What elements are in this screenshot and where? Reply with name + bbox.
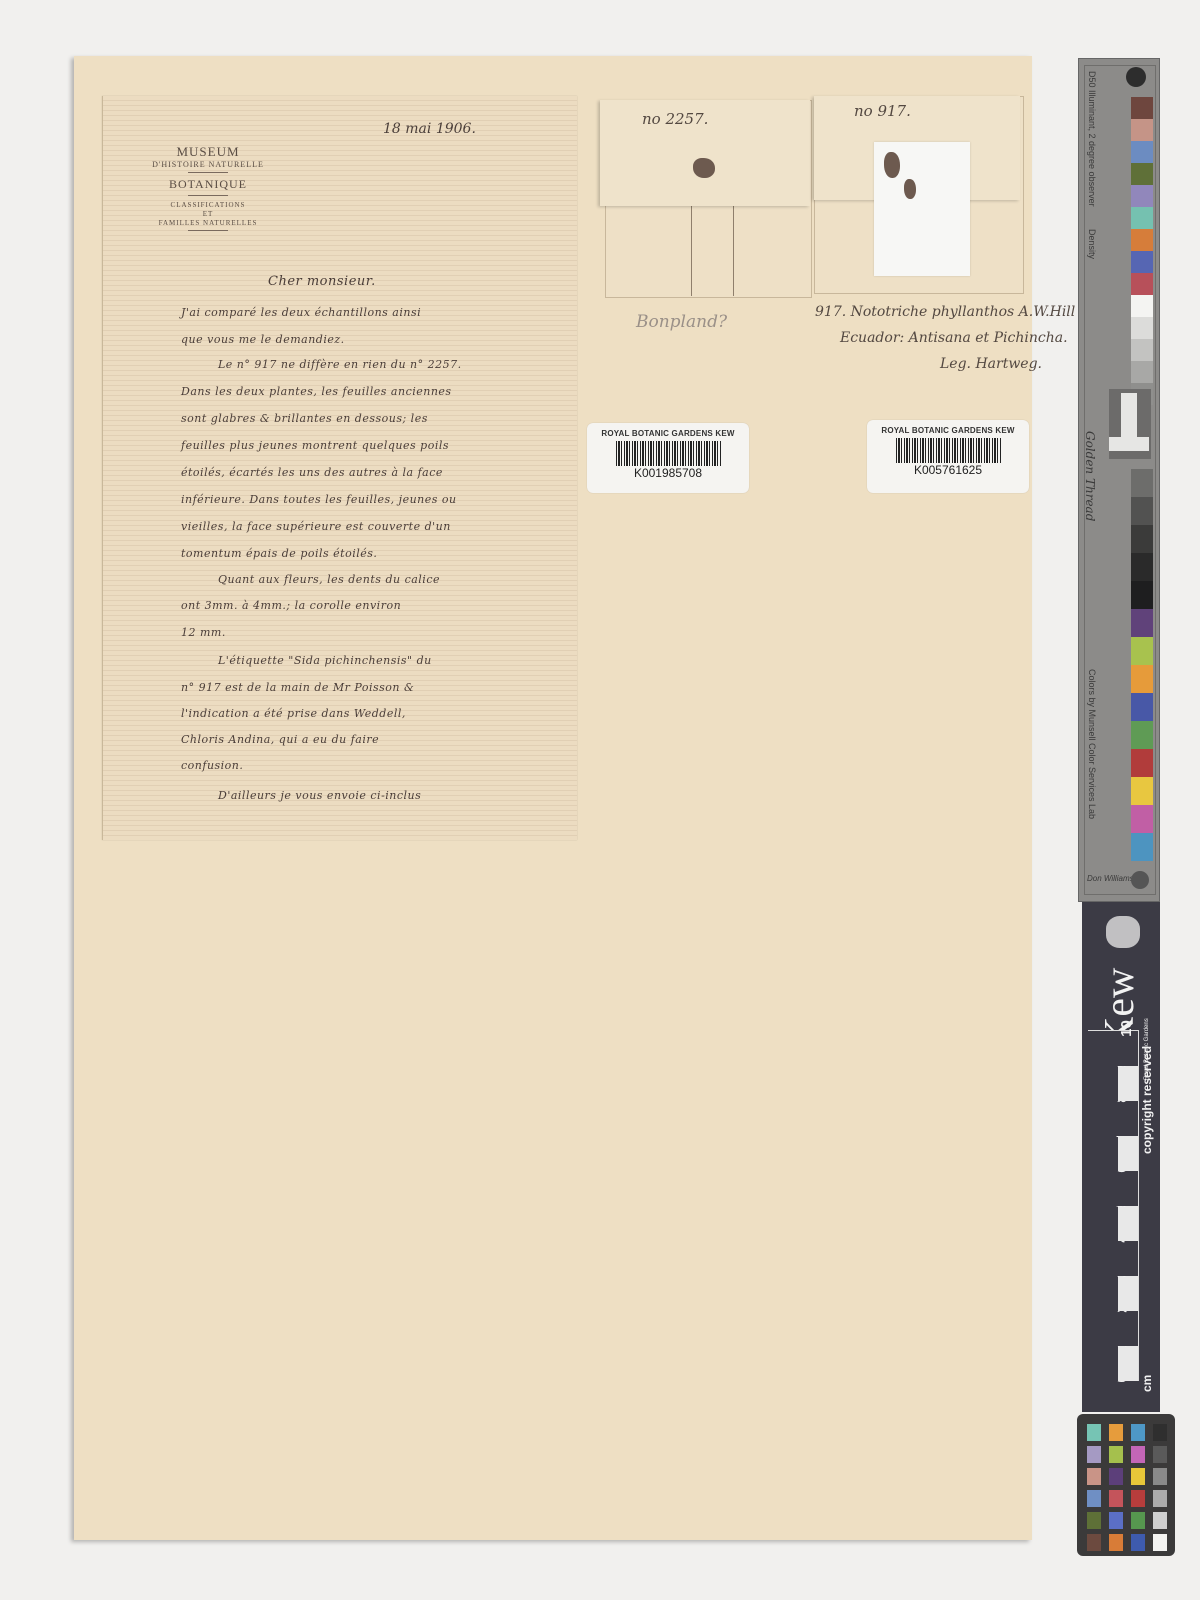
letter-line: étoilés, écartés les uns des autres à la… [181,466,443,479]
letter-line: L'étiquette "Sida pichinchensis" du [218,654,432,667]
royal-crest-icon [1106,916,1140,948]
color-chip [1153,1468,1167,1485]
color-chip [1109,1490,1123,1507]
color-chip [1109,1424,1123,1441]
color-swatch [1131,833,1153,861]
letter-line: ont 3mm. à 4mm.; la corolle environ [181,599,401,612]
letter-line: Dans les deux plantes, les feuilles anci… [181,385,452,398]
color-chip [1153,1534,1167,1551]
color-swatch [1131,665,1153,693]
plant-fragment [884,152,900,178]
letterhead-botanique: BOTANIQUE [141,177,275,192]
color-swatch [1131,97,1153,119]
letter-line: inférieure. Dans toutes les feuilles, je… [181,493,457,506]
color-chip [1131,1468,1145,1485]
packet-label-2257: no 2257. [642,110,708,128]
color-swatch [1131,141,1153,163]
letter-line: feuilles plus jeunes montrent quelques p… [181,439,449,452]
letter-line: Quant aux fleurs, les dents du calice [218,573,440,586]
cm-segment [1088,1240,1139,1276]
ruler-brand-text: Golden Thread [1083,431,1097,521]
letter-line: tomentum épais de poils étoilés. [181,547,377,560]
cm-segment [1088,1345,1139,1381]
color-swatch [1131,693,1153,721]
color-swatch [1131,609,1153,637]
plant-fragment [693,158,715,178]
letter-line: 12 mm. [181,626,226,639]
ruler-hole-icon [1131,871,1149,889]
letterhead: MUSEUM D'HISTOIRE NATURELLE BOTANIQUE CL… [141,144,275,234]
color-swatch [1131,273,1153,295]
cm-unit: cm [1140,1375,1154,1392]
barcode-id: K001985708 [587,466,749,480]
color-chip [1131,1534,1145,1551]
color-swatch [1131,805,1153,833]
letter-line: Le n° 917 ne diffère en rien du n° 2257. [218,358,462,371]
divider [188,172,228,173]
annotation-determination: 917. Nototriche phyllanthos A.W.Hill [815,304,1075,320]
color-swatch [1131,229,1153,251]
color-swatch [1131,251,1153,273]
color-swatch [1131,525,1153,553]
color-chip [1153,1490,1167,1507]
letter-line: sont glabres & brillantes en dessous; le… [181,412,428,425]
color-swatch [1131,721,1153,749]
letter-line: J'ai comparé les deux échantillons ainsi [181,306,421,319]
letter-line: vieilles, la face supérieure est couvert… [181,520,451,533]
color-chip [1131,1446,1145,1463]
color-reference-ruler: D50 Illuminant, 2 degree observer Densit… [1078,58,1160,902]
letter-line: que vous me le demandiez. [181,333,345,346]
color-swatch [1131,119,1153,141]
letter-line: Chloris Andina, qui a eu du faire [181,733,379,746]
cm-segment [1088,1100,1139,1136]
copyright-text: copyright reserved [1140,1046,1154,1154]
ruler-density-text: Density [1087,229,1097,259]
cm-segment [1088,1135,1139,1171]
letter: MUSEUM D'HISTOIRE NATURELLE BOTANIQUE CL… [102,96,577,840]
annotation-locality: Ecuador: Antisana et Pichincha. [840,330,1068,346]
letterhead-familles: FAMILLES NATURELLES [141,219,275,227]
color-chip [1109,1468,1123,1485]
barcode-icon [896,438,1001,463]
letterhead-et: ET [141,210,275,218]
letterhead-classifications: CLASSIFICATIONS [141,201,275,209]
cm-tick-label: 10 [1118,1020,1135,1037]
divider [188,195,228,196]
letter-salutation: Cher monsieur. [268,274,376,289]
mini-scale [1109,437,1149,451]
color-checker [1077,1414,1175,1556]
color-swatch [1131,361,1153,383]
color-chip [1109,1446,1123,1463]
color-chip [1109,1534,1123,1551]
divider [188,230,228,231]
color-swatch [1131,207,1153,229]
color-swatch [1131,497,1153,525]
color-swatch [1131,469,1153,497]
color-swatch [1131,339,1153,361]
color-swatch [1131,777,1153,805]
barcode-institution: ROYAL BOTANIC GARDENS KEW [867,426,1029,435]
cm-segment [1088,1065,1139,1101]
barcode-id: K005761625 [867,463,1029,477]
packet-fold [733,206,734,296]
annotation-bonpland: Bonpland? [636,312,727,332]
color-swatch [1131,749,1153,777]
packet-label-917: no 917. [854,102,911,120]
plant-fragment [904,179,916,199]
gray-target [1109,389,1151,459]
letter-line: l'indication a été prise dans Weddell, [181,707,406,720]
letter-line: n° 917 est de la main de Mr Poisson & [181,681,414,694]
color-chip [1153,1424,1167,1441]
color-swatch [1131,637,1153,665]
packet-flap-2257: no 2257. [600,100,810,206]
packet-fold [691,206,692,296]
ruler-illuminant-text: D50 Illuminant, 2 degree observer [1087,71,1097,207]
specimen-card [874,142,970,276]
color-chip [1087,1424,1101,1441]
ruler-munsell-text: Colors by Munsell Color Services Lab [1087,669,1097,819]
color-chip [1131,1490,1145,1507]
barcode-label: ROYAL BOTANIC GARDENS KEW K005761625 [867,420,1029,493]
cm-segment [1088,1170,1139,1206]
color-chip [1087,1534,1101,1551]
letter-date: 18 mai 1906. [383,121,476,137]
color-chip [1153,1512,1167,1529]
letter-line: confusion. [181,759,243,772]
cm-segment [1088,1205,1139,1241]
color-chip [1087,1490,1101,1507]
ruler-signature: Don Williams [1087,874,1134,883]
color-swatch [1131,295,1153,317]
letter-line: D'ailleurs je vous envoie ci-inclus [218,789,421,802]
cm-segment [1088,1310,1139,1346]
color-swatch [1131,553,1153,581]
color-chip [1109,1512,1123,1529]
color-swatch [1131,185,1153,207]
color-chip [1087,1446,1101,1463]
barcode-icon [616,441,721,466]
mini-scale [1121,393,1137,439]
color-chip [1131,1424,1145,1441]
color-chip [1153,1446,1167,1463]
color-swatch [1131,163,1153,185]
color-chip [1087,1468,1101,1485]
letterhead-museum: MUSEUM [141,144,275,160]
barcode-label: ROYAL BOTANIC GARDENS KEW K001985708 [587,423,749,493]
letterhead-histoire: D'HISTOIRE NATURELLE [141,160,275,169]
barcode-institution: ROYAL BOTANIC GARDENS KEW [587,429,749,438]
color-chip [1131,1512,1145,1529]
ruler-hole-icon [1126,67,1146,87]
color-swatch [1131,317,1153,339]
annotation-collector: Leg. Hartweg. [940,356,1042,372]
cm-segment [1088,1275,1139,1311]
color-chip [1087,1512,1101,1529]
kew-scale-bar: Kew Royal Botanic Gardens copyright rese… [1082,902,1160,1412]
color-swatch [1131,581,1153,609]
